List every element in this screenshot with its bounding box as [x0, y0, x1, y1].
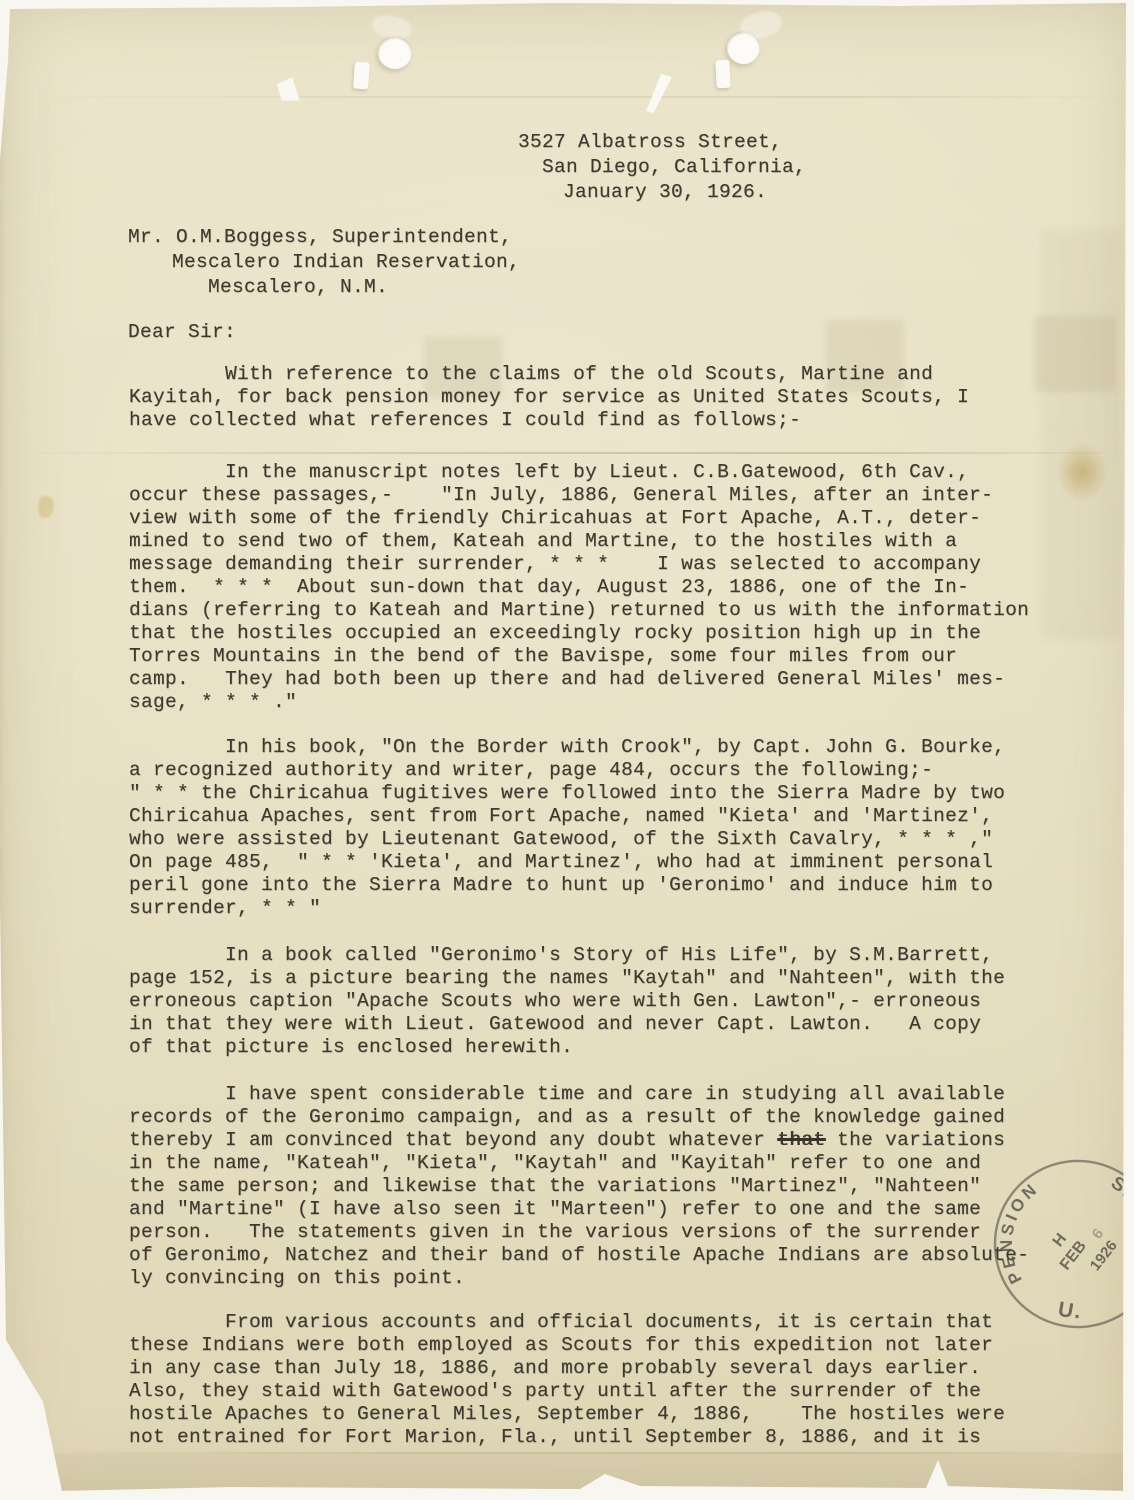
svg-text:S.: S. [1106, 1172, 1134, 1204]
recipient-line: Mr. O.M.Boggess, Superintendent, [128, 226, 512, 249]
paper: 3527 Albatross Street, San Diego, Califo… [0, 0, 1134, 1500]
stamp-year: 1926 [1087, 1237, 1121, 1274]
fold-crease [0, 96, 1134, 98]
text-line: surrender, * * " [129, 897, 1005, 920]
text-line: of Geronimo, Natchez and their band of h… [129, 1244, 1029, 1267]
recipient-line: Mescalero, N.M. [208, 276, 388, 299]
paper-tear [276, 77, 299, 104]
text-line: the same person; and likewise that the v… [129, 1175, 1029, 1198]
text-line: mined to send two of them, Kateah and Ma… [129, 530, 1029, 553]
text-line: erroneous caption "Apache Scouts who wer… [129, 990, 1005, 1013]
text-line: that the hostiles occupied an exceedingl… [129, 622, 1029, 645]
text-line: page 152, is a picture bearing the names… [129, 967, 1005, 990]
text-line: message demanding their surrender, * * *… [129, 553, 1029, 576]
paper-tear [646, 73, 672, 115]
text-line: records of the Geronimo campaign, and as… [129, 1106, 1029, 1129]
text-line: who were assisted by Lieutenant Gatewood… [129, 828, 1005, 851]
text-line: Torres Mountains in the bend of the Bavi… [129, 645, 1029, 668]
stamp-rim-text-s: S. [1106, 1172, 1134, 1204]
text-line: dians (referring to Kateah and Martine) … [129, 599, 1029, 622]
struck-out-word: that [777, 1129, 825, 1151]
text-line: view with some of the friendly Chiricahu… [129, 507, 1029, 530]
text-line: hostile Apaches to General Miles, Septem… [129, 1403, 1005, 1426]
text-line: in any case than July 18, 1886, and more… [129, 1357, 1005, 1380]
paper-spot [38, 496, 54, 518]
text-line: peril gone into the Sierra Madre to hunt… [129, 874, 1005, 897]
paragraph: In a book called "Geronimo's Story of Hi… [129, 944, 1005, 1059]
text-line: I have spent considerable time and care … [129, 1083, 1029, 1106]
text-line: In his book, "On the Border with Crook",… [129, 736, 1005, 759]
punch-hole [378, 36, 412, 69]
letter-date: January 30, 1926. [563, 181, 767, 204]
paper-discoloration [1042, 230, 1122, 640]
text-line: On page 485, " * * 'Kieta', and Martinez… [129, 851, 1005, 874]
fold-crease [0, 452, 1134, 454]
text-line: a recognized authority and writer, page … [129, 759, 1005, 782]
scanned-letter-page: 3527 Albatross Street, San Diego, Califo… [0, 0, 1134, 1500]
stamp-rim-text-of: OF [1122, 1206, 1134, 1251]
text-line: have collected what references I could f… [129, 409, 969, 432]
svg-text:OF: OF [1122, 1206, 1134, 1251]
text-line: occur these passages,- "In July, 1886, G… [129, 484, 1029, 507]
paper-tear [715, 60, 730, 89]
text-line: In the manuscript notes left by Lieut. C… [129, 461, 1029, 484]
text-line: thereby I am convinced that beyond any d… [129, 1129, 1029, 1152]
text-line: and "Martine" (I have also seen it "Mart… [129, 1198, 1029, 1221]
text-line: camp. They had both been up there and ha… [129, 668, 1029, 691]
return-address-line: San Diego, California, [542, 156, 806, 179]
text-line: " * * the Chiricahua fugitives were foll… [129, 782, 1005, 805]
text-line: of that picture is enclosed herewith. [129, 1036, 1005, 1059]
text-line: ly convincing on this point. [129, 1267, 1029, 1290]
paper-tear [353, 62, 370, 90]
salutation: Dear Sir: [128, 321, 236, 344]
paragraph: In his book, "On the Border with Crook",… [129, 736, 1005, 920]
text-line: In a book called "Geronimo's Story of Hi… [129, 944, 1005, 967]
pension-office-date-stamp: PENSION S. U. OF H FEB 6 1926 [978, 1144, 1134, 1344]
torn-flap [370, 12, 414, 42]
text-line: them. * * * About sun-down that day, Aug… [129, 576, 1029, 599]
text-line: Kayitah, for back pension money for serv… [129, 386, 969, 409]
paragraph: In the manuscript notes left by Lieut. C… [129, 461, 1029, 714]
recipient-line: Mescalero Indian Reservation, [172, 251, 520, 274]
text-line: Also, they staid with Gatewood's party u… [129, 1380, 1005, 1403]
return-address-line: 3527 Albatross Street, [518, 131, 782, 154]
text-line: sage, * * * ." [129, 691, 1029, 714]
text-line: Chiricahua Apaches, sent from Fort Apach… [129, 805, 1005, 828]
text-line: With reference to the claims of the old … [129, 363, 969, 386]
text-line: in the name, "Kateah", "Kieta", "Kaytah"… [129, 1152, 1029, 1175]
paragraph: I have spent considerable time and care … [129, 1083, 1029, 1290]
fold-shadow [0, 1454, 1134, 1490]
text-line: person. The statements given in the vari… [129, 1221, 1029, 1244]
text-line: these Indians were both employed as Scou… [129, 1334, 1005, 1357]
text-segment: thereby I am convinced that beyond any d… [129, 1129, 777, 1151]
text-line: From various accounts and official docum… [129, 1311, 1005, 1334]
paragraph: With reference to the claims of the old … [129, 363, 969, 432]
text-line: not entrained for Fort Marion, Fla., unt… [129, 1426, 1005, 1449]
paragraph: From various accounts and official docum… [129, 1311, 1005, 1449]
text-line: in that they were with Lieut. Gatewood a… [129, 1013, 1005, 1036]
stamp-code: H [1050, 1231, 1071, 1251]
